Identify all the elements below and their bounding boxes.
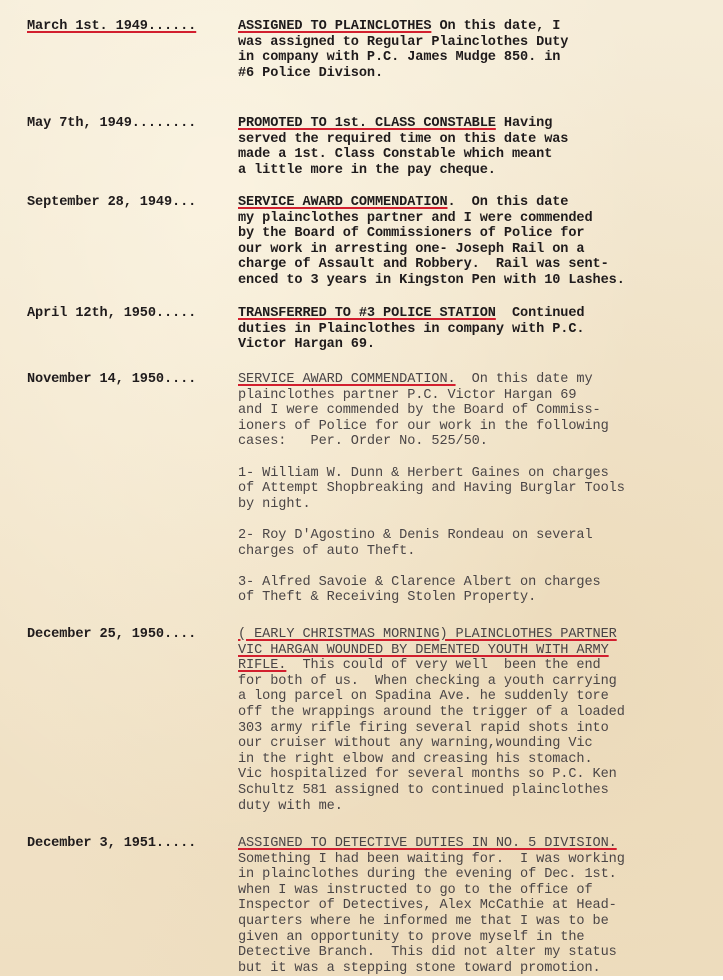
spacer (238, 512, 718, 528)
entry-text: charge of Assault and Robbery. Rail was … (238, 257, 718, 273)
entry-date: December 3, 1951..... (27, 836, 237, 852)
page-bottom-edge (0, 976, 723, 980)
case-line: 1- William W. Dunn & Herbert Gaines on c… (238, 466, 718, 482)
entry-text: a long parcel on Spadina Ave. he suddenl… (238, 689, 718, 705)
entry-text: Schultz 581 assigned to continued plainc… (238, 783, 718, 799)
typewritten-page: March 1st. 1949...... ASSIGNED TO PLAINC… (0, 0, 723, 980)
entry-text: when I was instructed to go to the offic… (238, 883, 718, 899)
entry-text: Something I had been waiting for. I was … (238, 852, 718, 868)
case-item: 3- Alfred Savoie & Clarence Albert on ch… (238, 575, 718, 606)
entry-heading: ASSIGNED TO DETECTIVE DUTIES IN NO. 5 DI… (238, 836, 617, 851)
entry-date: November 14, 1950.... (27, 372, 237, 388)
entry-text: our cruiser without any warning,wounding… (238, 736, 718, 752)
entry-heading: SERVICE AWARD COMMENDATION. (238, 372, 456, 387)
entry-first-line: SERVICE AWARD COMMENDATION. On this date… (238, 372, 718, 388)
entry-text: Vic hospitalized for several months so P… (238, 767, 718, 783)
entry-text: was assigned to Regular Plainclothes Dut… (238, 35, 718, 51)
entry-first-line: ASSIGNED TO DETECTIVE DUTIES IN NO. 5 DI… (238, 836, 718, 852)
entry-first-line: PROMOTED TO 1st. CLASS CONSTABLE Having (238, 116, 718, 132)
case-line: by night. (238, 497, 718, 513)
entry-text: This could of very well been the end (286, 658, 600, 673)
entry-text: a little more in the pay cheque. (238, 163, 718, 179)
entry-heading: PROMOTED TO 1st. CLASS CONSTABLE (238, 116, 496, 131)
entry-heading: ASSIGNED TO PLAINCLOTHES (238, 19, 431, 34)
entry-text: enced to 3 years in Kingston Pen with 10… (238, 273, 718, 289)
entry-heading-line: ( EARLY CHRISTMAS MORNING) PLAINCLOTHES … (238, 627, 718, 643)
entry-text: but it was a stepping stone toward promo… (238, 961, 718, 977)
entry-text: quarters where he informed me that I was… (238, 914, 718, 930)
entry-text: by the Board of Commissioners of Police … (238, 226, 718, 242)
entry-text: in company with P.C. James Mudge 850. in (238, 50, 718, 66)
entry-date-text: March 1st. 1949...... (27, 19, 196, 34)
entry-text: On this date, I (431, 19, 560, 34)
entry-text: ioners of Police for our work in the fol… (238, 419, 718, 435)
case-line: 2- Roy D'Agostino & Denis Rondeau on sev… (238, 528, 718, 544)
entry-text: 303 army rifle firing several rapid shot… (238, 721, 718, 737)
entry-body: ASSIGNED TO PLAINCLOTHES On this date, I… (238, 19, 718, 81)
entry-text: for both of us. When checking a youth ca… (238, 674, 718, 690)
entry-date: May 7th, 1949........ (27, 116, 237, 132)
entry-text: Victor Hargan 69. (238, 337, 718, 353)
entry-body: SERVICE AWARD COMMENDATION. On this date… (238, 195, 718, 289)
entry-text: . On this date (448, 195, 569, 210)
entry-text: our work in arresting one- Joseph Rail o… (238, 242, 718, 258)
case-line: 3- Alfred Savoie & Clarence Albert on ch… (238, 575, 718, 591)
entry-body: ASSIGNED TO DETECTIVE DUTIES IN NO. 5 DI… (238, 836, 718, 976)
entry-date: September 28, 1949... (27, 195, 237, 211)
entry-text: made a 1st. Class Constable which meant (238, 147, 718, 163)
entry-text: plainclothes partner P.C. Victor Hargan … (238, 388, 718, 404)
entry-text: duty with me. (238, 799, 718, 815)
entry-text: in plainclothes during the evening of De… (238, 867, 718, 883)
entry-text: Detective Branch. This did not alter my … (238, 945, 718, 961)
entry-text: Having (496, 116, 552, 131)
entry-heading-line: RIFLE. This could of very well been the … (238, 658, 718, 674)
entry-body: SERVICE AWARD COMMENDATION. On this date… (238, 372, 718, 606)
spacer (238, 559, 718, 575)
entry-text: #6 Police Divison. (238, 66, 718, 82)
entry-heading: VIC HARGAN WOUNDED BY DEMENTED YOUTH WIT… (238, 643, 609, 658)
entry-text: off the wrappings around the trigger of … (238, 705, 718, 721)
entry-date: April 12th, 1950..... (27, 306, 237, 322)
entry-heading-line: VIC HARGAN WOUNDED BY DEMENTED YOUTH WIT… (238, 643, 718, 659)
entry-text: given an opportunity to prove myself in … (238, 930, 718, 946)
entry-body: PROMOTED TO 1st. CLASS CONSTABLE Having … (238, 116, 718, 178)
entry-text: Inspector of Detectives, Alex McCathie a… (238, 898, 718, 914)
entry-first-line: ASSIGNED TO PLAINCLOTHES On this date, I (238, 19, 718, 35)
entry-body: TRANSFERRED TO #3 POLICE STATION Continu… (238, 306, 718, 353)
case-line: of Theft & Receiving Stolen Property. (238, 590, 718, 606)
entry-first-line: SERVICE AWARD COMMENDATION. On this date (238, 195, 718, 211)
case-item: 1- William W. Dunn & Herbert Gaines on c… (238, 466, 718, 513)
entry-heading: RIFLE. (238, 658, 286, 673)
entry-text: my plainclothes partner and I were comme… (238, 211, 718, 227)
entry-date: March 1st. 1949...... (27, 19, 237, 35)
entry-heading: SERVICE AWARD COMMENDATION (238, 195, 448, 210)
entry-heading: TRANSFERRED TO #3 POLICE STATION (238, 306, 496, 321)
spacer (238, 450, 718, 466)
case-line: of Attempt Shopbreaking and Having Burgl… (238, 481, 718, 497)
entry-first-line: TRANSFERRED TO #3 POLICE STATION Continu… (238, 306, 718, 322)
entry-date: December 25, 1950.... (27, 627, 237, 643)
entry-text: cases: Per. Order No. 525/50. (238, 434, 718, 450)
case-item: 2- Roy D'Agostino & Denis Rondeau on sev… (238, 528, 718, 559)
entry-heading: ( EARLY CHRISTMAS MORNING) PLAINCLOTHES … (238, 627, 617, 642)
entry-text: in the right elbow and creasing his stom… (238, 752, 718, 768)
entry-text: duties in Plainclothes in company with P… (238, 322, 718, 338)
entry-text: Continued (496, 306, 585, 321)
case-line: charges of auto Theft. (238, 544, 718, 560)
entry-text: On this date my (456, 372, 593, 387)
entry-text: and I were commended by the Board of Com… (238, 403, 718, 419)
entry-text: served the required time on this date wa… (238, 132, 718, 148)
entry-body: ( EARLY CHRISTMAS MORNING) PLAINCLOTHES … (238, 627, 718, 814)
